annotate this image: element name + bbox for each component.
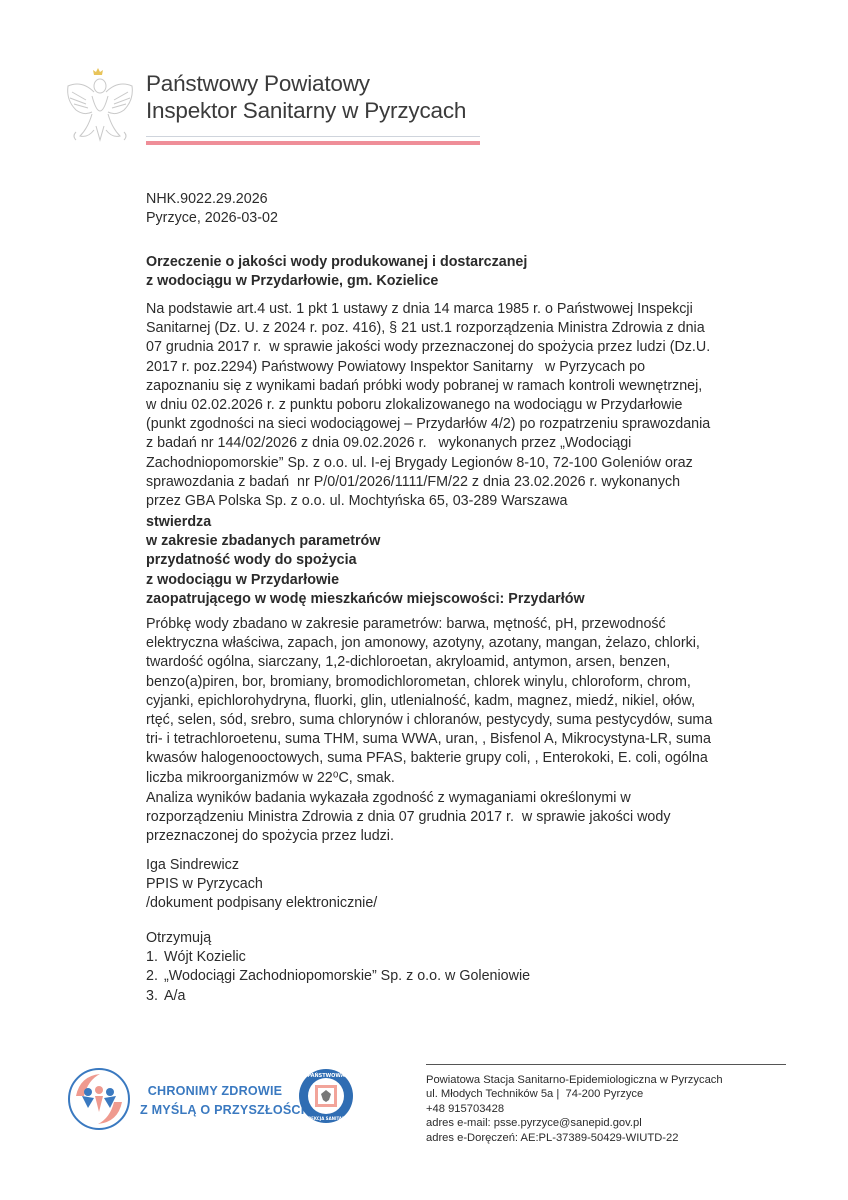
paragraph-line: cyjanki, epichlorohydryna, fluorki, glin… xyxy=(146,692,736,711)
paragraph-line: tri- i tetrachloroetenu, suma THM, suma … xyxy=(146,730,736,749)
header-divider-red xyxy=(146,141,480,145)
family-hands-circle-icon xyxy=(66,1066,132,1132)
paragraph-line: twardość ogólna, siarczany, 1,2-dichloro… xyxy=(146,653,736,672)
signature-block: Iga Sindrewicz PPIS w Pyrzycach /dokumen… xyxy=(146,856,377,914)
paragraph-line: rozporządzeniu Ministra Zdrowia z dnia 0… xyxy=(146,808,736,827)
polish-eagle-emblem-icon xyxy=(62,66,138,146)
header-divider-thin xyxy=(146,136,480,137)
case-number: NHK.9022.29.2026 xyxy=(146,190,278,209)
footer-divider xyxy=(426,1064,786,1065)
paragraph-line: Sanitarnej (Dz. U. z 2024 r. poz. 416), … xyxy=(146,319,736,338)
svg-text:PAŃSTWOWA: PAŃSTWOWA xyxy=(307,1071,344,1079)
recipients-heading: Otrzymują xyxy=(146,929,530,948)
paragraph-line: przez GBA Polska Sp. z o.o. ul. Mochtyńs… xyxy=(146,492,736,511)
signatory-name: Iga Sindrewicz xyxy=(146,856,377,875)
signatory-position: PPIS w Pyrzycach xyxy=(146,875,377,894)
reference-block: NHK.9022.29.2026 Pyrzyce, 2026-03-02 xyxy=(146,190,278,228)
paragraph-line: 2017 r. poz.2294) Państwowy Powiatowy In… xyxy=(146,358,736,377)
paragraph-line: Analiza wyników badania wykazała zgodnoś… xyxy=(146,789,736,808)
title-line-1: Orzeczenie o jakości wody produkowanej i… xyxy=(146,253,527,272)
paragraph-line: (punkt zgodności na sieci wodociągowej –… xyxy=(146,415,736,434)
conclusion-line: w zakresie zbadanych parametrów xyxy=(146,532,585,551)
document-title: Orzeczenie o jakości wody produkowanej i… xyxy=(146,253,527,291)
list-item: 3. A/a xyxy=(146,987,530,1006)
analysis-result-paragraph: Analiza wyników badania wykazała zgodnoś… xyxy=(146,789,736,847)
conclusion-block: stwierdzaw zakresie zbadanych parametrów… xyxy=(146,513,585,609)
campaign-slogan: CHRONIMY ZDROWIE Z MYŚLĄ O PRZYSZŁOŚCI xyxy=(140,1082,290,1120)
conclusion-line: stwierdza xyxy=(146,513,585,532)
contact-line: Powiatowa Stacja Sanitarno-Epidemiologic… xyxy=(426,1073,723,1087)
title-line-2: z wodociągu w Przydarłowie, gm. Kozielic… xyxy=(146,272,527,291)
paragraph-line: 07 grudnia 2017 r. w sprawie jakości wod… xyxy=(146,338,736,357)
contact-line: ul. Młodych Techników 5a | 74-200 Pyrzyc… xyxy=(426,1087,723,1101)
paragraph-line: Na podstawie art.4 ust. 1 pkt 1 ustawy z… xyxy=(146,300,736,319)
slogan-line-2: Z MYŚLĄ O PRZYSZŁOŚCI xyxy=(140,1101,290,1120)
paragraph-line: rtęć, selen, sód, srebro, suma chlorynów… xyxy=(146,711,736,730)
paragraph-line: z badań nr 144/02/2026 z dnia 09.02.2026… xyxy=(146,434,736,453)
recipients-list: 1. Wójt Kozielic 2. „Wodociągi Zachodnio… xyxy=(146,948,530,1006)
paragraph-line: zapoznaniu się z wynikami badań próbki w… xyxy=(146,377,736,396)
contact-line: +48 915703428 xyxy=(426,1102,723,1116)
contact-line: adres e-Doręczeń: AE:PL-37389-50429-WIUT… xyxy=(426,1131,723,1145)
institution-line-1: Państwowy Powiatowy xyxy=(146,70,466,97)
list-item: 1. Wójt Kozielic xyxy=(146,948,530,967)
paragraph-line: Zachodniopomorskie” Sp. z o.o. ul. I-ej … xyxy=(146,454,736,473)
document-page: Państwowy Powiatowy Inspektor Sanitarny … xyxy=(0,0,848,1200)
paragraph-line: przeznaczonej do spożycia przez ludzi. xyxy=(146,827,736,846)
place-date: Pyrzyce, 2026-03-02 xyxy=(146,209,278,228)
slogan-line-1: CHRONIMY ZDROWIE xyxy=(140,1082,290,1101)
conclusion-line: przydatność wody do spożycia xyxy=(146,551,585,570)
institution-name: Państwowy Powiatowy Inspektor Sanitarny … xyxy=(146,70,466,124)
institution-line-2: Inspektor Sanitarny w Pyrzycach xyxy=(146,97,466,124)
parameters-paragraph: Próbkę wody zbadano w zakresie parametró… xyxy=(146,615,736,788)
list-item: 2. „Wodociągi Zachodniopomorskie” Sp. z … xyxy=(146,967,530,986)
paragraph-line: elektryczna właściwa, zapach, jon amonow… xyxy=(146,634,736,653)
svg-text:INSPEKCJA SANITARNA: INSPEKCJA SANITARNA xyxy=(300,1116,352,1121)
conclusion-line: zaopatrującego w wodę mieszkańców miejsc… xyxy=(146,590,585,609)
legal-basis-paragraph: Na podstawie art.4 ust. 1 pkt 1 ustawy z… xyxy=(146,300,736,511)
recipients-block: Otrzymują 1. Wójt Kozielic 2. „Wodociągi… xyxy=(146,929,530,1006)
contact-block: Powiatowa Stacja Sanitarno-Epidemiologic… xyxy=(426,1073,723,1145)
paragraph-line: sprawozdania z badań nr P/0/01/2026/1111… xyxy=(146,473,736,492)
paragraph-line: kwasów halogenooctowych, suma PFAS, bakt… xyxy=(146,749,736,768)
paragraph-line: liczba mikroorganizmów w 22⁰C, smak. xyxy=(146,769,736,788)
contact-line: adres e-mail: psse.pyrzyce@sanepid.gov.p… xyxy=(426,1116,723,1130)
conclusion-line: z wodociągu w Przydarłowie xyxy=(146,571,585,590)
paragraph-line: w dniu 02.02.2026 r. z punktu poboru zlo… xyxy=(146,396,736,415)
paragraph-line: Próbkę wody zbadano w zakresie parametró… xyxy=(146,615,736,634)
paragraph-line: benzo(a)piren, bor, bromiany, bromodichl… xyxy=(146,673,736,692)
panstwowa-inspekcja-sanitarna-badge-icon: PAŃSTWOWA INSPEKCJA SANITARNA xyxy=(298,1068,354,1124)
signature-note: /dokument podpisany elektronicznie/ xyxy=(146,894,377,913)
